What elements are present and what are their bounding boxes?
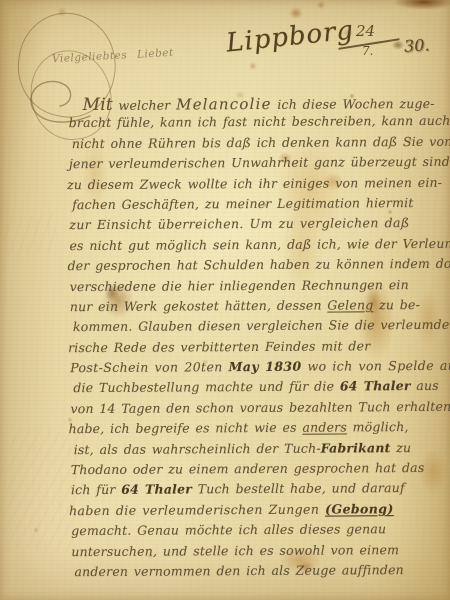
letter-text-segment: habe, ich begreife es nicht wie es — [69, 420, 303, 436]
letter-line: zu diesem Zweck wollte ich ihr einiges v… — [67, 174, 441, 197]
letter-line: rische Rede des verbitterten Feindes mit… — [68, 338, 442, 361]
letter-line: nur ein Werk gekostet hätten, dessen Gel… — [70, 297, 442, 320]
letter-text-segment: wo ich von Spelde aus — [302, 358, 450, 374]
letter-text-segment: Fabrikant — [321, 440, 391, 455]
letter-text-segment: möglich, — [347, 419, 409, 434]
letter-text-segment: es nicht gut möglich sein kann, daß ich,… — [69, 235, 450, 252]
letter-text-segment: Tuch bestellt habe, und darauf — [192, 481, 405, 497]
letter-text-segment: ich für — [71, 482, 121, 497]
letter-line: Thodano oder zu einem anderen gesprochen… — [71, 460, 443, 483]
ink-showthrough-marks — [2, 212, 58, 257]
letter-line: jener verleumderischen Unwahrheit ganz ü… — [69, 154, 441, 177]
letter-text-segment: der gesprochen hat Schulden haben zu kön… — [68, 256, 450, 273]
letter-text-segment: anders — [302, 420, 347, 435]
letter-page: Lippborg 24 7. 30. Vielgeliebtes Liebet … — [0, 0, 450, 600]
letter-line: bracht fühle, kann ich fast nicht beschr… — [69, 113, 441, 136]
letter-text-segment: aus — [411, 378, 439, 393]
letter-text-segment: zu be- — [373, 297, 420, 312]
letter-line: verschiedene die hier inliegenden Rechnu… — [70, 276, 442, 299]
ink-showthrough-marks — [2, 428, 80, 553]
letter-line: haben die verleumderischen Zungen (Gebon… — [69, 501, 443, 524]
letter-text-segment: Melancolie — [176, 95, 272, 114]
letter-text-segment: May 1830 — [229, 359, 302, 374]
letter-text-segment: ist, als das wahrscheinlich der Tuch- — [74, 440, 321, 457]
date-day: 24 — [356, 22, 375, 40]
letter-line: zur Einsicht überreichen. Um zu vergleic… — [69, 215, 441, 238]
letter-text-segment: jener verleumderischen Unwahrheit ganz ü… — [69, 154, 450, 171]
letter-text-segment: zu diesem Zweck wollte ich ihr einiges v… — [67, 174, 442, 191]
letter-line: fachen Geschäften, zu meiner Legitimatio… — [72, 195, 441, 218]
place-name: Lippborg — [225, 15, 356, 58]
letter-text-segment: Post-Schein von 20ten — [70, 359, 228, 375]
letter-text-segment: rische Rede des verbitterten Feindes mit… — [68, 338, 370, 355]
letter-line: anderen vernommen den ich als Zeuge auff… — [74, 562, 443, 585]
letter-line: ich für 64 Thaler Tuch bestellt habe, un… — [71, 480, 443, 503]
letter-text-segment: 64 Thaler — [340, 379, 411, 394]
letter-text-segment: nicht ohne Rühren bis daß ich denken kan… — [72, 134, 450, 151]
letter-text-segment: Mit — [83, 95, 113, 115]
letter-line: von 14 Tagen den schon voraus bezahlten … — [70, 399, 442, 422]
letter-text-segment: untersuchen, und stelle ich es sowohl vo… — [71, 542, 399, 559]
letter-text-segment: 64 Thaler — [121, 482, 192, 497]
date-year: 30. — [403, 35, 430, 56]
letter-line: nicht ohne Rühren bis daß ich denken kan… — [72, 134, 441, 157]
letter-text-segment: gemacht. Genau möchte ich alles dieses g… — [71, 521, 386, 538]
letter-text-segment: welcher — [113, 97, 176, 112]
letter-text-segment: anderen vernommen den ich als Zeuge auff… — [74, 562, 404, 579]
letter-text-segment: Geleng — [327, 297, 373, 312]
letter-text-segment: (Gebong) — [325, 501, 394, 516]
letter-line: ist, als das wahrscheinlich der Tuch-Fab… — [74, 440, 443, 463]
letter-text-segment: haben die verleumderischen Zungen — [69, 501, 325, 518]
letter-line: Post-Schein von 20ten May 1830 wo ich vo… — [70, 358, 442, 381]
letter-text-segment: kommen. Glauben diesen vergleichen Sie d… — [73, 317, 450, 334]
letter-text-segment: von 14 Tagen den schon voraus bezahlten … — [70, 399, 450, 416]
letter-line: Mit welcher Melancolie ich diese Wochen … — [67, 93, 441, 116]
letter-text-segment: zu — [391, 440, 412, 455]
letter-text-segment: bracht fühle, kann ich fast nicht beschr… — [69, 113, 450, 130]
letter-line: untersuchen, und stelle ich es sowohl vo… — [71, 541, 443, 564]
letter-text-segment: zur Einsicht überreichen. Um zu vergleic… — [69, 215, 409, 232]
letter-line: die Tuchbestellung machte und für die 64… — [73, 378, 442, 401]
letter-text-segment: Thodano oder zu einem anderen gesprochen… — [71, 460, 425, 477]
letter-line: kommen. Glauben diesen vergleichen Sie d… — [73, 317, 442, 340]
letter-body: Mit welcher Melancolie ich diese Wochen … — [69, 93, 444, 585]
date-month: 7. — [362, 44, 373, 58]
dateline: Lippborg 24 7. 30. — [226, 22, 354, 52]
letter-line: der gesprochen hat Schulden haben zu kön… — [68, 256, 442, 279]
letter-text-segment: verschiedene die hier inliegenden Rechnu… — [70, 277, 409, 294]
letter-text-segment: die Tuchbestellung machte und für die — [73, 379, 340, 396]
letter-text-segment: nur ein Werk gekostet hätten, dessen — [70, 297, 328, 314]
letter-text-segment: ich diese Wochen zuge- — [272, 96, 435, 112]
letter-text-segment: fachen Geschäften, zu meiner Legitimatio… — [72, 195, 413, 212]
letter-line: gemacht. Genau möchte ich alles dieses g… — [71, 521, 443, 544]
letter-line: habe, ich begreife es nicht wie es ander… — [69, 419, 443, 442]
letter-line: es nicht gut möglich sein kann, daß ich,… — [69, 236, 441, 259]
